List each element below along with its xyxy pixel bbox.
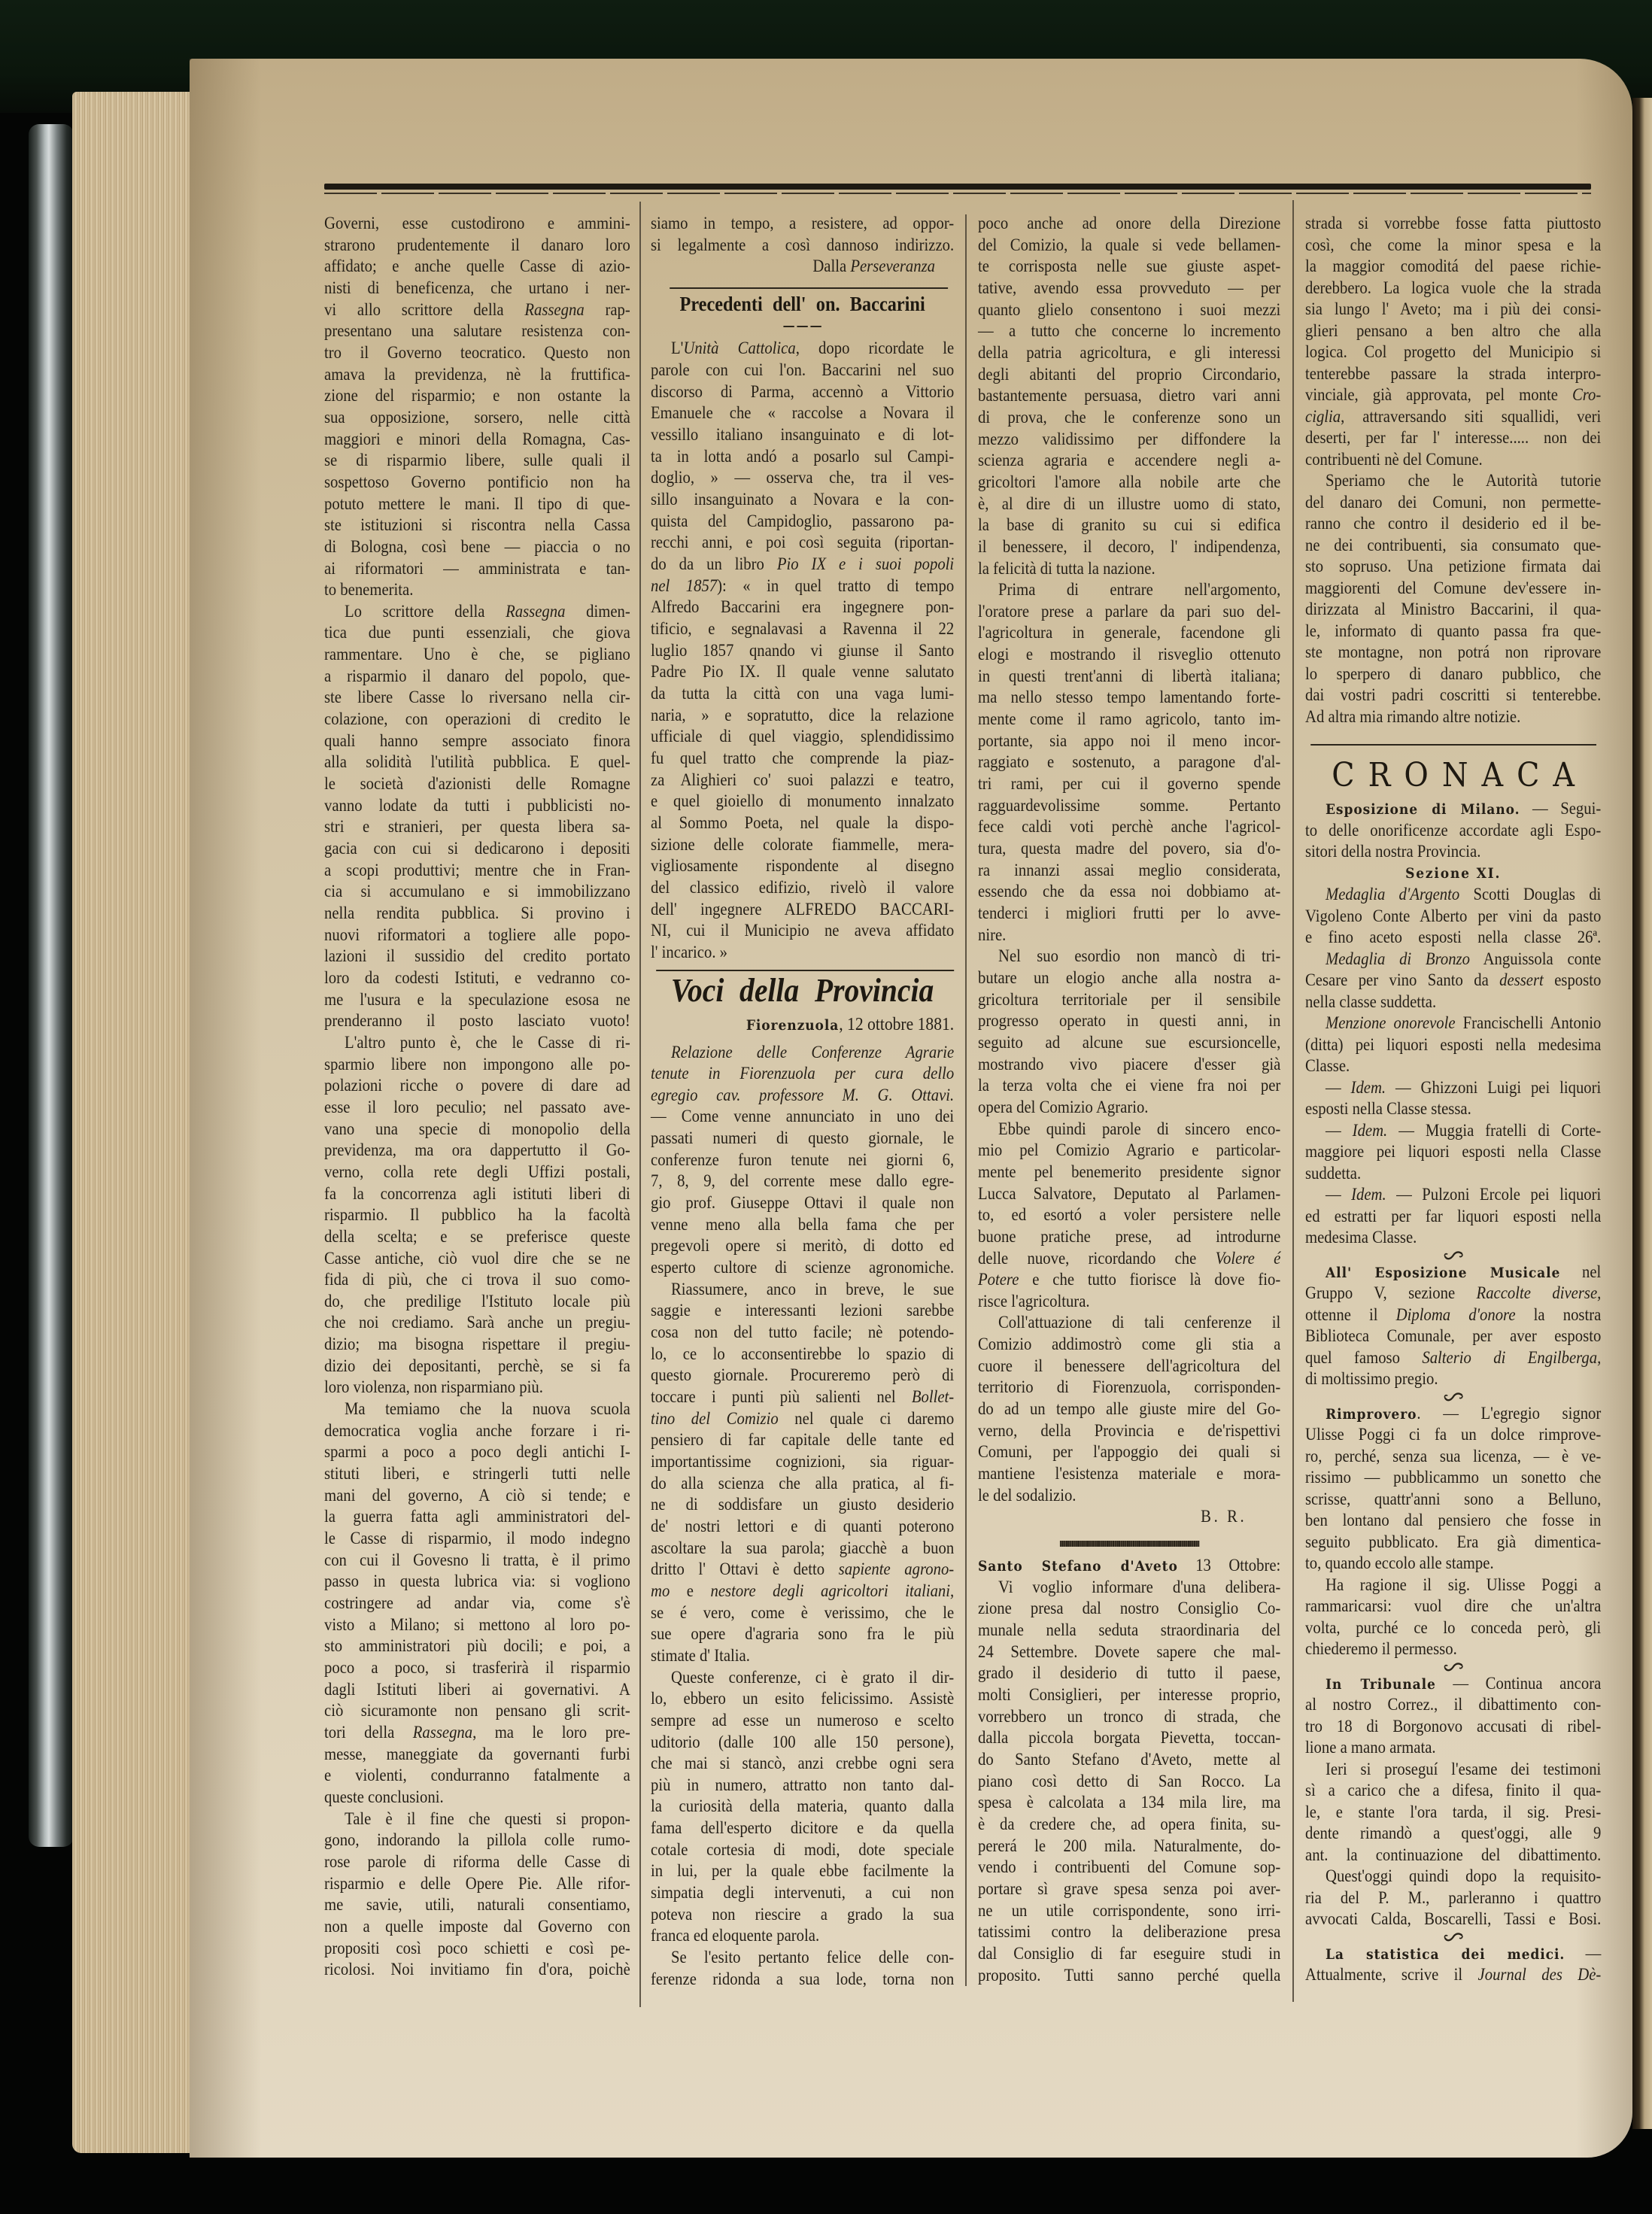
article-paragraph: Prima di entrare nell'argomento,l'orator… <box>978 579 1280 946</box>
text-line: cosa non del tutto facile; nè potendo- <box>651 1322 954 1344</box>
text-line: Lo scrittore della Rassegna dimen- <box>324 601 630 623</box>
rule-line <box>656 970 954 971</box>
text-line: nel 1857): « in quel tratto di tempo <box>651 576 954 597</box>
text-line: costringere ad andar via, come s'è <box>324 1593 630 1614</box>
swash-ornament-icon <box>1442 1931 1464 1942</box>
text-line: lione a mano armata. <box>1305 1737 1601 1759</box>
text-run: ): « in quel tratto di tempo <box>717 576 954 595</box>
text-line: Ma temiamo che la nuova scuola <box>324 1399 630 1420</box>
heading-precedenti-baccarini: Precedenti dell' on. Baccarini <box>651 293 954 315</box>
italic-text: dessert <box>1499 970 1544 989</box>
text-line: ant. la continuazione del dibattimento. <box>1305 1845 1601 1866</box>
text-line: più in numero, attratto non tanto dal- <box>651 1775 954 1796</box>
text-line: fa la concorrenza agli istituti liberi d… <box>324 1183 630 1205</box>
text-line: Emanuele che « raccolse a Novara il <box>651 402 954 424</box>
article-paragraph: siamo in tempo, a resistere, ad oppor-si… <box>651 213 954 256</box>
text-line: lazioni il sussidio del credito portato <box>324 946 630 967</box>
italic-text: Raccolte diverse, <box>1477 1283 1602 1302</box>
text-line: ne un utile corrispondente, sono irri- <box>978 1900 1280 1922</box>
text-line: risparmio e delle Opere Pie. Alle rifor- <box>324 1873 630 1895</box>
text-run: , 12 ottobre 1881. <box>839 1015 954 1034</box>
text-run: vinciale, già approvata, pel monte <box>1305 385 1572 404</box>
text-line: strarono prudentemente il danaro loro <box>324 235 630 257</box>
text-line: la curiosità della materia, quanto dalla <box>651 1796 954 1818</box>
italic-text: Medaglia di Bronzo <box>1326 949 1470 968</box>
text-run: ottenne il <box>1305 1305 1396 1324</box>
text-line: tro il Governo teocratico. Questo non <box>324 342 630 364</box>
text-line: sua opposizione, sorsero, nelle città <box>324 407 630 429</box>
text-line: munale nella seduta straordinaria del <box>978 1620 1280 1642</box>
text-line: opera del Comizio Agrario. <box>978 1097 1280 1119</box>
article-paragraph: Ma temiamo che la nuova scuolademocratic… <box>324 1399 630 1808</box>
bold-lead-in: In Tribunale <box>1326 1676 1436 1693</box>
text-line: ro, perché, senza sua licenza, — è ve- <box>1305 1446 1601 1468</box>
text-line: luglio 1857 qnando vi giunse il Santo <box>651 640 954 662</box>
text-line: Attualmente, scrive il Journal des Dè- <box>1305 1964 1601 1986</box>
text-line: do, che predilige l'Istituto locale più <box>324 1291 630 1313</box>
text-line: do alla scienza che alla pratica, al fi- <box>651 1473 954 1495</box>
text-line: tative, avendo essa provveduto — per <box>978 278 1280 299</box>
text-line: La statistica dei medici. — <box>1305 1943 1601 1965</box>
text-line: egregio cav. professore M. G. Ottavi. <box>651 1085 954 1107</box>
text-line: mani del governo, A ciò si tende; e <box>324 1485 630 1507</box>
text-line: presentano una salutare resistenza con- <box>324 320 630 342</box>
text-line: Ha ragione il sig. Ulisse Poggi a <box>1305 1575 1601 1596</box>
signature-b-r: B. R. <box>978 1506 1280 1528</box>
italic-text: egregio cav. professore M. G. Ottavi. <box>651 1086 954 1104</box>
italic-text: tenute in Fiorenzuola per cura dello <box>651 1064 954 1083</box>
text-line: tino del Comizio nel quale ci daremo <box>651 1408 954 1430</box>
text-line: affidato; e anche quelle Casse di azio- <box>324 256 630 278</box>
text-line: ne di soddisfare un giusto desiderio <box>651 1494 954 1516</box>
text-line: gio prof. Giuseppe Ottavi il quale non <box>651 1192 954 1214</box>
text-line: non a quelle imposte dal Governo con <box>324 1916 630 1938</box>
text-line: Medaglia d'Argento Scotti Douglas di <box>1305 884 1601 906</box>
text-line: bastantemente persuasa, dietro vari anni <box>978 385 1280 407</box>
text-line: queste conclusioni. <box>324 1787 630 1809</box>
text-line: dizio; ma bisogna rispettare il pregiu- <box>324 1334 630 1356</box>
text-run: Anguissola conte <box>1470 949 1601 968</box>
text-line: cia si accumulano e si immobilizzano <box>324 881 630 903</box>
text-line: Gruppo V, sezione Raccolte diverse, <box>1305 1283 1601 1304</box>
text-run: — Segui- <box>1520 799 1601 818</box>
news-item-esposizione-musicale: All' Esposizione Musicale nelGruppo V, s… <box>1305 1262 1601 1390</box>
text-line: da tutta la città con una vaga lumi- <box>651 683 954 705</box>
text-run: , ma le loro pre- <box>472 1723 630 1742</box>
text-line: vinciale, già approvata, pel monte Cro- <box>1305 384 1601 406</box>
text-line: to delle onorificenze accordate agli Esp… <box>1305 820 1601 842</box>
text-line: ma nello stesso tempo lamentando forte- <box>978 687 1280 709</box>
subhead-sezione: Sezione XI. <box>1305 863 1601 885</box>
text-line: gricoltura territoriale per il sensibile <box>978 989 1280 1011</box>
text-line: importantissime cognizioni, sia riguar- <box>651 1451 954 1473</box>
book-clasp <box>29 124 74 1847</box>
article-paragraph: Nel suo esordio non mancò di tri-butare … <box>978 946 1280 1118</box>
text-line: Casse antiche, ciò vuol dire che se ne <box>324 1248 630 1270</box>
text-line: do Santo Stefano d'Aveto, mette al <box>978 1749 1280 1771</box>
text-line: to benemerita. <box>324 579 630 601</box>
text-line: amava la previdenza, nè la fruttifica- <box>324 364 630 386</box>
text-run: esposto <box>1544 970 1601 989</box>
text-line: se di risparmio libere, sulle quali il <box>324 450 630 472</box>
text-line: se é vero, come è verissimo, che le <box>651 1602 954 1624</box>
text-line: tica due punti essenziali, che giova <box>324 622 630 644</box>
title-cronaca: CRONACA <box>1305 753 1601 798</box>
text-line: strada si vorrebbe fosse fatta piuttosto <box>1305 213 1601 235</box>
text-run: — Ghizzoni Luigi pei liquori <box>1386 1078 1601 1097</box>
article-paragraph: L'Unità Cattolica, dopo ricordate leparo… <box>651 338 954 963</box>
text-line: sitori della nostra Provincia. <box>1305 841 1601 863</box>
article-paragraph: Queste conferenze, ci è grato il dir-lo,… <box>651 1667 954 1948</box>
text-line: butare un elogio anche alla nostra a- <box>978 967 1280 989</box>
text-line: passati numeri di questo giornale, le <box>651 1128 954 1150</box>
text-line: seguito ad alcune sue escursioncelle, <box>978 1032 1280 1054</box>
swash-ornament-icon <box>1442 1250 1464 1261</box>
rule-before-precedenti <box>651 278 954 293</box>
text-line: prenderanno il posto lasciato vuoto! <box>324 1010 630 1032</box>
text-run: delle nuove, ricordando che <box>978 1249 1216 1268</box>
italic-text: Diploma d'onore <box>1396 1305 1516 1324</box>
dateline-fiorenzuola: Fiorenzuola, 12 ottobre 1881. <box>651 1007 954 1042</box>
text-line: progresso operato in questi anni, in <box>978 1010 1280 1032</box>
text-run: — Continua ancora <box>1436 1674 1601 1693</box>
text-line: In Tribunale — Continua ancora <box>1305 1673 1601 1695</box>
news-item-tribunale: In Tribunale — Continua ancoraal nostro … <box>1305 1673 1601 1759</box>
column-1: Governi, esse custodirono e ammini-strar… <box>324 213 630 1981</box>
text-line: Biblioteca Comunale, per aver esposto <box>1305 1326 1601 1347</box>
text-line: quanto glielo consentono i suoi mezzi <box>978 299 1280 321</box>
text-run: , dopo ricordate le <box>796 339 954 357</box>
text-line: Lucca Salvatore, Deputato al Parlamen- <box>978 1183 1280 1205</box>
column-divider <box>639 202 641 2007</box>
text-line: piano così detto di San Rocco. La <box>978 1771 1280 1793</box>
text-line: sia lungo l' Aveto; ma i più dei consi- <box>1305 299 1601 320</box>
bold-lead-in: Rimprovero <box>1326 1406 1417 1423</box>
text-line: dirizzata al Ministro Baccarini, il qua- <box>1305 599 1601 621</box>
award-entry: Menzione onorevole Francischelli Antonio… <box>1305 1013 1601 1077</box>
text-line: della patria agricoltura, e gli interess… <box>978 342 1280 364</box>
text-line: pensiero di far capitale delle tante ed <box>651 1429 954 1451</box>
text-line: nella classe suddetta. <box>1305 992 1601 1013</box>
italic-text: Menzione onorevole <box>1326 1013 1456 1032</box>
award-entry: Medaglia d'Argento Scotti Douglas diVigo… <box>1305 884 1601 949</box>
text-line: e quel gioiello di monumento innalzato <box>651 791 954 812</box>
text-line: venne meno alla bella fama che per <box>651 1214 954 1236</box>
text-line: passo in questa lubrica via: si vogliono <box>324 1571 630 1593</box>
text-line: verno, colla rete degli Uffizi postali, <box>324 1162 630 1183</box>
italic-text: Unità Cattolica <box>683 339 795 357</box>
column-divider <box>965 214 967 1986</box>
text-line: le, e stante l'ora tarda, il sig. Presi- <box>1305 1802 1601 1824</box>
text-line: quel famoso Salterio di Engilberga, <box>1305 1347 1601 1369</box>
swash-ornament-icon <box>1305 1930 1601 1943</box>
text-line: dal Consiglio di far eseguire studi in <box>978 1943 1280 1965</box>
text-line: ascoltare la sua parola; giacchè a buon <box>651 1538 954 1560</box>
text-line: (ditta) pei liquori esposti nella medesi… <box>1305 1034 1601 1056</box>
rule-line <box>670 287 948 289</box>
text-line: nire. <box>978 925 1280 946</box>
swash-ornament-icon <box>1305 1660 1601 1673</box>
column-4: strada si vorrebbe fosse fatta piuttosto… <box>1305 213 1601 1986</box>
text-line: raggiato e sostenuto, a paragone d'al- <box>978 752 1280 773</box>
text-line: cuore il benessere dell'agricoltura del <box>978 1356 1280 1377</box>
italic-text: Volere é <box>1216 1249 1281 1268</box>
text-line: l'oratore prese a parlare da pari suo de… <box>978 601 1280 623</box>
italic-text: mo <box>651 1581 670 1600</box>
text-line: il benessere, il decoro, l' indipendenza… <box>978 536 1280 558</box>
header-rule <box>324 184 1591 190</box>
article-paragraph: poco anche ad onore della Direzionedel C… <box>978 213 1280 579</box>
text-line: che mai si stancò, anzi crebbe ogni sera <box>651 1753 954 1775</box>
article-paragraph: Ieri si proseguí l'esame dei testimonisì… <box>1305 1759 1601 1866</box>
text-line: la maggior comoditá del paese richie- <box>1305 256 1601 278</box>
text-line: 24 Settembre. Dovete sapere che mal- <box>978 1642 1280 1663</box>
text-line: Tale è il fine che questi si propon- <box>324 1809 630 1830</box>
text-line: Fiorenzuola, 12 ottobre 1881. <box>651 1007 954 1043</box>
text-line: nuovi riformatori a togliere alle popo- <box>324 925 630 946</box>
text-run: — <box>1326 1078 1351 1097</box>
text-line: rissimo — pubblicammo un sonetto che <box>1305 1467 1601 1489</box>
text-line: visto a Milano; si mettono al loro po- <box>324 1614 630 1636</box>
text-line: 7, 8, 9, del corrente mese dallo egre- <box>651 1171 954 1192</box>
text-line: logica. Col progetto del Municipio si <box>1305 342 1601 363</box>
text-line: risparmio. Il pubblico ha la facoltà <box>324 1204 630 1226</box>
text-line: ra innanzi assai meglio considerata, <box>978 860 1280 882</box>
italic-text: Relazione delle Conferenze Agrarie <box>671 1043 954 1061</box>
text-line: mio pel Comizio Agrario e particolar- <box>978 1140 1280 1162</box>
text-line: sto sopruso. Una petizione firmata dai <box>1305 556 1601 578</box>
text-line: e fino aceto esposti nella classe 26ª. <box>1305 927 1601 949</box>
text-line: l' incarico. » <box>651 942 954 964</box>
dateline-santo-stefano: Santo Stefano d'Aveto 13 Ottobre: <box>978 1555 1280 1577</box>
text-line: stimate d' Italia. <box>651 1645 954 1667</box>
text-line: ben lontano dal pensiero che fosse in <box>1305 1510 1601 1532</box>
text-line: del danaro dei Comuni, non permette- <box>1305 492 1601 514</box>
text-line: proposito. Tutti sanno perché quella <box>978 1965 1280 1987</box>
text-line: poco a poco, si trasferirà il risparmio <box>324 1657 630 1679</box>
text-line: Esposizione di Milano. — Segui- <box>1305 798 1601 820</box>
text-line: vessillo italiano insanguinato e di lot- <box>651 424 954 446</box>
text-line: chiederemo il permesso. <box>1305 1638 1601 1660</box>
italic-text: Potere <box>978 1270 1019 1289</box>
page-stack-edge <box>72 92 200 2153</box>
text-line: quali hanno sempre associato finora <box>324 730 630 752</box>
text-line: ciglia, attraversando siti squallidi, ve… <box>1305 406 1601 428</box>
text-run: quel famoso <box>1305 1348 1422 1367</box>
bold-lead-in: Fiorenzuola <box>746 1017 839 1034</box>
text-line: le, informato di quanto passa fra que- <box>1305 621 1601 642</box>
text-line: le società d'azionisti delle Romagne <box>324 773 630 795</box>
text-run: Gruppo V, sezione <box>1305 1283 1477 1302</box>
text-line: loro da codesti Istituti, e vedranno co- <box>324 967 630 989</box>
text-line: mo e nestore degli agricoltori italiani, <box>651 1581 954 1602</box>
text-line: ai riformatori — amministrata e tan- <box>324 558 630 580</box>
text-run: L' <box>671 339 683 357</box>
text-line: Coll'attuazione di tali cenferenze il <box>978 1312 1280 1334</box>
text-line: dell' ingegnere ALFREDO BACCARI- <box>651 899 954 921</box>
article-paragraph: Coll'attuazione di tali cenferenze ilCom… <box>978 1312 1280 1506</box>
article-paragraph: Relazione delle Conferenze Agrarietenute… <box>651 1042 954 1279</box>
text-line: maggiori e minori della Romagna, Cas- <box>324 429 630 451</box>
article-paragraph: Riassumere, anco in breve, le suesaggie … <box>651 1279 954 1667</box>
text-line: mezzo validissimo per diffondere la <box>978 429 1280 451</box>
text-line: la felicità di tutta la nazione. <box>978 558 1280 580</box>
text-line: maggiorenti del Comune dev'essere in- <box>1305 578 1601 600</box>
text-line: recchi anni, e poi così seguita (riporta… <box>651 532 954 554</box>
article-paragraph: Ha ragione il sig. Ulisse Poggi arammari… <box>1305 1575 1601 1660</box>
italic-text: nel 1857 <box>651 576 717 595</box>
text-line: ciò sicuramonte non pensano gli scrit- <box>324 1700 630 1722</box>
text-line: Ebbe quindi parole di sincero enco- <box>978 1119 1280 1140</box>
text-line: Ad altra mia rimando altre notizie. <box>1305 706 1601 728</box>
text-line: Se l'esito pertanto felice delle con- <box>651 1947 954 1969</box>
text-line: buone pratiche prese, ad introdurne <box>978 1226 1280 1248</box>
swash-ornament-icon <box>1305 1249 1601 1262</box>
italic-text: Idem. <box>1351 1185 1386 1204</box>
rule-line <box>1310 744 1596 746</box>
text-line: al nostro Correz., il dibattimento con- <box>1305 1694 1601 1716</box>
text-line: portare sì grave spesa senza poi aver- <box>978 1878 1280 1900</box>
text-line: vano una specie di monopolio della <box>324 1119 630 1140</box>
italic-text: Idem. <box>1353 1121 1388 1140</box>
text-line: zione presa dal nostro Consiglio Co- <box>978 1598 1280 1620</box>
text-line: cotale cortesia di modi, dote speciale <box>651 1839 954 1861</box>
text-line: tenderci i migliori frutti per lo avve- <box>978 903 1280 925</box>
text-run: . — L'egregio signor <box>1417 1404 1601 1423</box>
text-line: ragguardevolissime somme. Pertanto <box>978 795 1280 817</box>
scanned-newspaper-page: Governi, esse custodirono e ammini-strar… <box>0 0 1652 2214</box>
text-run: e che tutto fiorisce là dove fio- <box>1019 1270 1280 1289</box>
text-line: ferenze ridonda a sua lode, torna non <box>651 1969 954 1991</box>
text-line: glieri pensano a ben altro che alla <box>1305 320 1601 342</box>
header-rule-thin <box>324 193 1591 194</box>
text-line: de' nostri lettori e di quanti poterono <box>651 1516 954 1538</box>
text-line: esse il loro peculio; nel passato ave- <box>324 1097 630 1119</box>
text-line: toccare i punti più salienti nel Bollet- <box>651 1386 954 1408</box>
article-paragraph: L'altro punto è, che le Casse di ri-spar… <box>324 1032 630 1399</box>
dash-mark <box>810 326 821 327</box>
text-line: di moltissimo pregio. <box>1305 1368 1601 1390</box>
text-line: colazione, con operazioni di credito le <box>324 709 630 730</box>
text-run: nel <box>1560 1262 1601 1281</box>
text-line: tenterebbe passare la strada interpro- <box>1305 363 1601 385</box>
dashes-divider <box>651 315 954 339</box>
italic-text: sapiente agrono- <box>839 1560 955 1578</box>
text-line: ne dei contribuenti, sia consumato que- <box>1305 535 1601 557</box>
text-line: ed estratti per far liquori esposti nell… <box>1305 1206 1601 1228</box>
text-run: — <box>1565 1944 1601 1963</box>
text-line: elogi e mostrando il risveglio ottenuto <box>978 644 1280 666</box>
text-line: fida di più, che ci trova il suo como- <box>324 1269 630 1291</box>
text-line: Governi, esse custodirono e ammini- <box>324 213 630 235</box>
text-line: rammaricarsi: vuol dire che un'altra <box>1305 1596 1601 1617</box>
text-line: vorrebbero un tronco di strada, che <box>978 1706 1280 1728</box>
text-line: la terza volta che ei viene fra noi per <box>978 1075 1280 1097</box>
text-line: ranno che contro il desiderio ed il be- <box>1305 513 1601 535</box>
text-line: portante, sia appo noi il meno incor- <box>978 730 1280 752</box>
text-line: zione del risparmio; e non ostante la <box>324 385 630 407</box>
text-line: — Idem. — Muggia fratelli di Corte- <box>1305 1120 1601 1142</box>
text-line: democratica voglia anche forzare i ri- <box>324 1420 630 1442</box>
text-line: me savie, utili, naturali consentiamo, <box>324 1894 630 1916</box>
text-line: sparmio libere non impongono alle po- <box>324 1054 630 1076</box>
text-run: e <box>670 1581 710 1600</box>
text-line: le del sodalizio. <box>978 1485 1280 1507</box>
text-run: la nostra <box>1516 1305 1602 1324</box>
text-line: dizio dei depositanti, perchè, se si fa <box>324 1356 630 1377</box>
text-run: Cesare per vino Santo da <box>1305 970 1499 989</box>
text-line: All' Esposizione Musicale nel <box>1305 1262 1601 1283</box>
text-line: messe, maneggiate da governanti furbi <box>324 1744 630 1766</box>
text-line: lo sperpero di danaro pubblico, che <box>1305 664 1601 685</box>
text-line: L'Unità Cattolica, dopo ricordate le <box>651 338 954 360</box>
column-divider <box>1292 200 1294 2002</box>
italic-text: Journal des Dè- <box>1478 1965 1602 1984</box>
text-run: 13 Ottobre: <box>1178 1556 1281 1575</box>
italic-text: Rassegna <box>413 1723 472 1742</box>
text-line: dai vostri padri coscritti si tenterebbe… <box>1305 685 1601 706</box>
text-line: lo, ebbero un esito felicissimo. Assistè <box>651 1688 954 1710</box>
text-line: la base di granito su cui si edifica <box>978 515 1280 536</box>
article-paragraph: Lo scrittore della Rassegna dimen-tica d… <box>324 601 630 1032</box>
italic-text: Perseveranza <box>850 257 935 275</box>
award-entry: — Idem. — Muggia fratelli di Corte-maggi… <box>1305 1120 1601 1185</box>
text-line: do ad un tempo alle giuste mire del Go- <box>978 1399 1280 1420</box>
column-3: poco anche ad onore della Direzionedel C… <box>978 213 1280 1986</box>
text-run: rap- <box>585 300 630 319</box>
text-line: Queste conferenze, ci è grato il dir- <box>651 1667 954 1689</box>
award-entry: — Idem. — Ghizzoni Luigi pei liquoriespo… <box>1305 1077 1601 1120</box>
next-leaf-edge <box>1632 98 1652 2129</box>
dash-mark <box>797 326 807 327</box>
award-entry: — Idem. — Pulzoni Ercole pei liquoried e… <box>1305 1184 1601 1249</box>
text-run: dritto l' Ottavi è detto <box>651 1560 839 1578</box>
bold-lead-in: All' Esposizione Musicale <box>1326 1265 1560 1281</box>
text-run: Lo scrittore della <box>345 602 506 621</box>
text-run: Francischelli Antonio <box>1456 1013 1602 1032</box>
title-voci-della-provincia: Voci della Provincia <box>651 974 954 1007</box>
article-paragraph: Se l'esito pertanto felice delle con-fer… <box>651 1947 954 1990</box>
text-run: tori della <box>324 1723 413 1742</box>
text-line: la guerra fatta agli amministratori del- <box>324 1506 630 1528</box>
text-line: avvocati Calda, Boscarelli, Tassi e Bosi… <box>1305 1909 1601 1930</box>
text-line: fama dell'esperto dicitore e da quella <box>651 1818 954 1839</box>
article-paragraph: Vi voglio informare d'una delibera-zione… <box>978 1577 1280 1986</box>
italic-text: Rassegna <box>506 602 565 621</box>
text-line: Alfredo Baccarini era ingegnere pon- <box>651 597 954 618</box>
text-line: uditorio (dalle 100 alle 150 persone), <box>651 1732 954 1754</box>
text-line: Comuni, per l'appoggio dei quali si <box>978 1441 1280 1463</box>
text-run: do da un libro <box>651 554 777 573</box>
italic-text: tino del Comizio <box>651 1409 779 1428</box>
text-line: to, ed esortó a voler persistere nelle <box>978 1204 1280 1226</box>
italic-text: Medaglia d'Argento <box>1326 885 1459 904</box>
text-line: pregevoli opere si meritò, di dotto ed <box>651 1235 954 1257</box>
text-line: si legalmente a così dannoso indirizzo. <box>651 235 954 257</box>
text-line: derebbero. La logica vuole che la strada <box>1305 278 1601 299</box>
bold-lead-in: La statistica dei medici. <box>1326 1946 1565 1963</box>
text-run: toccare i punti più salienti nel <box>651 1387 912 1406</box>
text-line: poco anche ad onore della Direzione <box>978 213 1280 235</box>
text-line: Rimprovero. — L'egregio signor <box>1305 1403 1601 1425</box>
text-line: grado il desiderio di tutto il paese, <box>978 1663 1280 1684</box>
text-line: Medaglia di Bronzo Anguissola conte <box>1305 949 1601 970</box>
text-line: con cui il Govesno li tratta, è il primo <box>324 1550 630 1572</box>
text-line: rose parole di riforma delle Casse di <box>324 1851 630 1873</box>
text-line: quista del Campidoglio, passarono pa- <box>651 511 954 533</box>
article-paragraph: Speriamo che le Autorità tutoriedel dana… <box>1305 470 1601 727</box>
article-paragraph: Ebbe quindi parole di sincero enco-mio p… <box>978 1119 1280 1313</box>
